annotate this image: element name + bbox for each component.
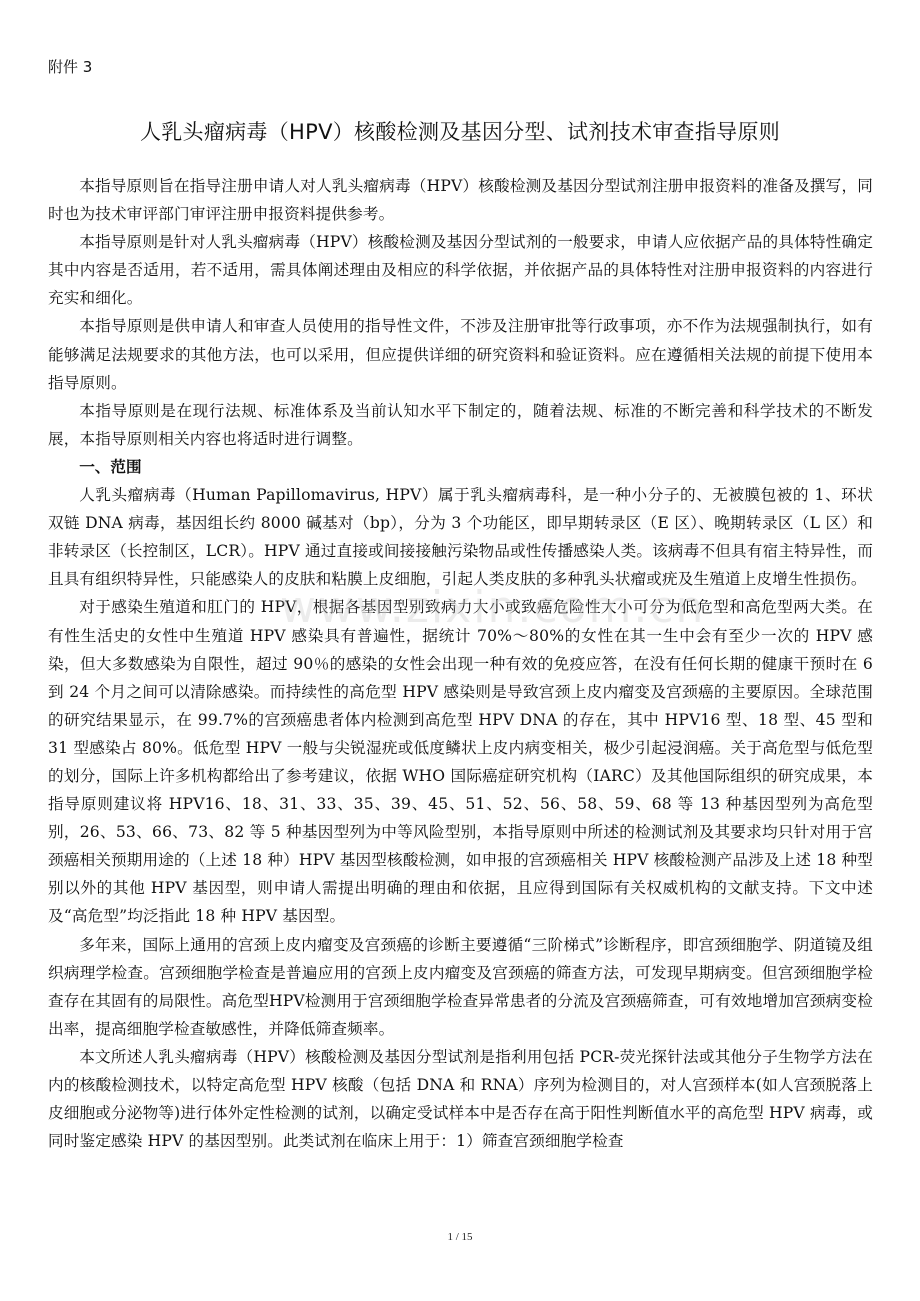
- scope-paragraph-4: 本文所述人乳头瘤病毒（HPV）核酸检测及基因分型试剂是指利用包括 PCR-荧光探…: [48, 1043, 873, 1155]
- document-title: 人乳头瘤病毒（HPV）核酸检测及基因分型、试剂技术审查指导原则: [0, 116, 920, 146]
- intro-paragraph-2: 本指导原则是针对人乳头瘤病毒（HPV）核酸检测及基因分型试剂的一般要求，申请人应…: [48, 228, 873, 312]
- intro-paragraph-4: 本指导原则是在现行法规、标准体系及当前认知水平下制定的，随着法规、标准的不断完善…: [48, 397, 873, 453]
- document-page: 附件 3 人乳头瘤病毒（HPV）核酸检测及基因分型、试剂技术审查指导原则 本指导…: [0, 0, 920, 1301]
- page-number: 1 / 15: [0, 1231, 920, 1243]
- document-body: 本指导原则旨在指导注册申请人对人乳头瘤病毒（HPV）核酸检测及基因分型试剂注册申…: [48, 172, 873, 1155]
- intro-paragraph-3: 本指导原则是供申请人和审查人员使用的指导性文件，不涉及注册审批等行政事项，亦不作…: [48, 312, 873, 396]
- intro-paragraph-1: 本指导原则旨在指导注册申请人对人乳头瘤病毒（HPV）核酸检测及基因分型试剂注册申…: [48, 172, 873, 228]
- scope-paragraph-2: 对于感染生殖道和肛门的 HPV，根据各基因型别致病力大小或致癌危险性大小可分为低…: [48, 593, 873, 930]
- scope-paragraph-3: 多年来，国际上通用的宫颈上皮内瘤变及宫颈癌的诊断主要遵循“三阶梯式”诊断程序，即…: [48, 931, 873, 1043]
- attachment-label: 附件 3: [48, 56, 92, 77]
- scope-paragraph-1: 人乳头瘤病毒（Human Papillomavirus, HPV）属于乳头瘤病毒…: [48, 481, 873, 593]
- section-heading-scope: 一、范围: [48, 453, 873, 481]
